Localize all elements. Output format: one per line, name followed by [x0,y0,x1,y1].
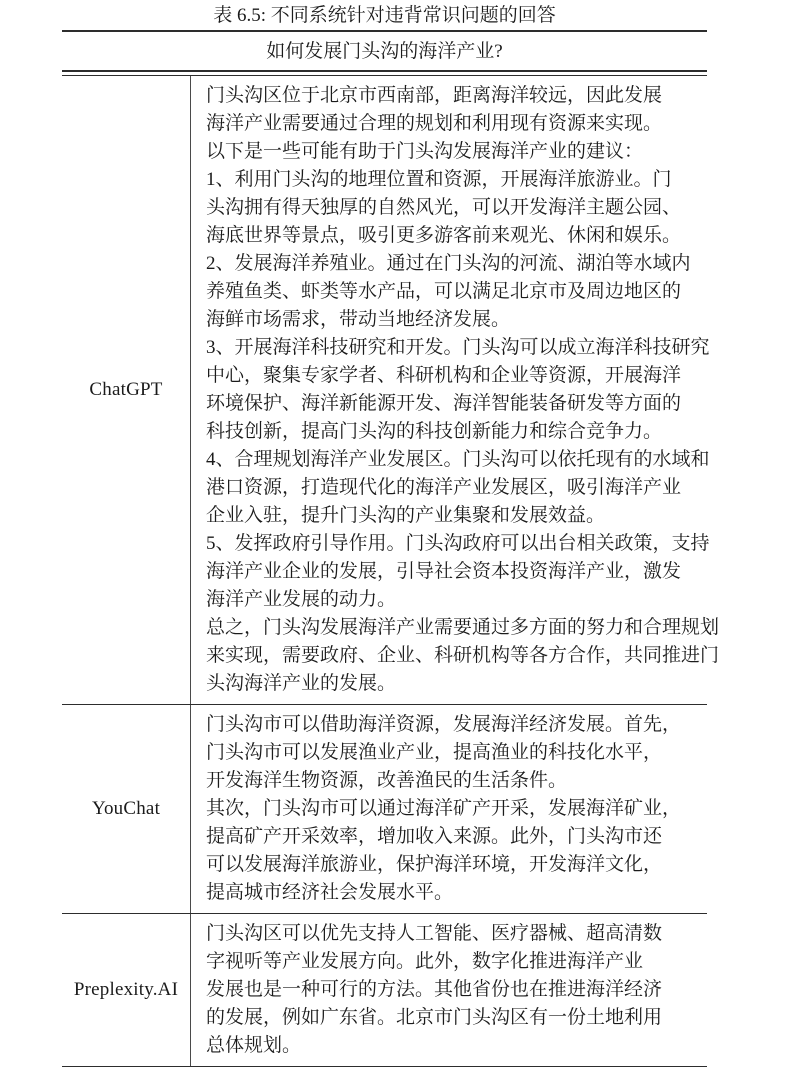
answer-line: 3、开展海洋科技研究和开发。门头沟可以成立海洋科技研究 [206,334,719,362]
answer-line: 其次，门头沟市可以通过海洋矿产开采，发展海洋矿业， [206,795,703,823]
answer-line: 环境保护、海洋新能源开发、海洋智能装备研发等方面的 [206,390,719,418]
answer-line: 科技创新，提高门头沟的科技创新能力和综合竞争力。 [206,418,719,446]
table-row: YouChat 门头沟市可以借助海洋资源，发展海洋经济发展。首先，门头沟市可以发… [62,704,707,913]
answer-line: 开发海洋生物资源，改善渔民的生活条件。 [206,767,703,795]
table-row: ChatGPT 门头沟区位于北京市西南部，距离海洋较远，因此发展海洋产业需要通过… [62,76,707,704]
answer-line: 可以发展海洋旅游业，保护海洋环境，开发海洋文化， [206,851,703,879]
answer-line: 门头沟区位于北京市西南部，距离海洋较远，因此发展 [206,82,719,110]
answer-line: 海底世界等景点，吸引更多游客前来观光、休闲和娱乐。 [206,222,719,250]
answer-line: 提高城市经济社会发展水平。 [206,879,703,907]
answer-line: 养殖鱼类、虾类等水产品，可以满足北京市及周边地区的 [206,278,719,306]
answer-line: 头沟拥有得天独厚的自然风光，可以开发海洋主题公园、 [206,194,719,222]
answer-line: 门头沟区可以优先支持人工智能、医疗器械、超高清数 [206,920,703,948]
answer-line: 海鲜市场需求，带动当地经济发展。 [206,306,719,334]
answer-line: 海洋产业需要通过合理的规划和利用现有资源来实现。 [206,110,719,138]
answer-line: 提高矿产开采效率，增加收入来源。此外，门头沟市还 [206,823,703,851]
answer-line: 以下是一些可能有助于门头沟发展海洋产业的建议： [206,138,719,166]
answer-line: 5、发挥政府引导作用。门头沟政府可以出台相关政策，支持 [206,530,719,558]
paper-page: 表 6.5: 不同系统针对违背常识问题的回答 如何发展门头沟的海洋产业? Cha… [0,0,797,1068]
answer-line: 1、利用门头沟的地理位置和资源，开展海洋旅游业。门 [206,166,719,194]
answer-line: 海洋产业企业的发展，引导社会资本投资海洋产业，激发 [206,558,719,586]
answer-line: 总体规划。 [206,1032,703,1060]
answer-line: 2、发展海洋养殖业。通过在门头沟的河流、湖泊等水域内 [206,250,719,278]
table-caption: 表 6.5: 不同系统针对违背常识问题的回答 [62,0,707,28]
answer-line: 门头沟市可以发展渔业产业，提高渔业的科技化水平， [206,739,703,767]
answer-line: 的发展，例如广东省。北京市门头沟区有一份土地利用 [206,1004,703,1032]
answer-text: 门头沟市可以借助海洋资源，发展海洋经济发展。首先，门头沟市可以发展渔业产业，提高… [190,705,707,913]
question-header: 如何发展门头沟的海洋产业? [62,32,707,70]
system-name-label: ChatGPT [62,76,190,704]
answers-table: 表 6.5: 不同系统针对违背常识问题的回答 如何发展门头沟的海洋产业? Cha… [62,0,707,1068]
answer-text: 门头沟区可以优先支持人工智能、医疗器械、超高清数字视听等产业发展方向。此外，数字… [190,914,707,1066]
answer-line: 4、合理规划海洋产业发展区。门头沟可以依托现有的水域和 [206,446,719,474]
answer-line: 企业入驻，提升门头沟的产业集聚和发展效益。 [206,502,719,530]
answer-line: 海洋产业发展的动力。 [206,586,719,614]
answer-line: 字视听等产业发展方向。此外，数字化推进海洋产业 [206,948,703,976]
answer-line: 来实现，需要政府、企业、科研机构等各方合作，共同推进门 [206,642,719,670]
answer-text: 门头沟区位于北京市西南部，距离海洋较远，因此发展海洋产业需要通过合理的规划和利用… [190,76,723,704]
table-body: ChatGPT 门头沟区位于北京市西南部，距离海洋较远，因此发展海洋产业需要通过… [62,76,707,1066]
answer-line: 港口资源，打造现代化的海洋产业发展区，吸引海洋产业 [206,474,719,502]
system-name-label: YouChat [62,705,190,913]
answer-line: 发展也是一种可行的方法。其他省份也在推进海洋经济 [206,976,703,1004]
system-name-label: Preplexity.AI [62,914,190,1066]
answer-line: 总之，门头沟发展海洋产业需要通过多方面的努力和合理规划 [206,614,719,642]
table-row: Preplexity.AI 门头沟区可以优先支持人工智能、医疗器械、超高清数字视… [62,913,707,1066]
answer-line: 门头沟市可以借助海洋资源，发展海洋经济发展。首先， [206,711,703,739]
answer-line: 中心，聚集专家学者、科研机构和企业等资源，开展海洋 [206,362,719,390]
answer-line: 头沟海洋产业的发展。 [206,670,719,698]
